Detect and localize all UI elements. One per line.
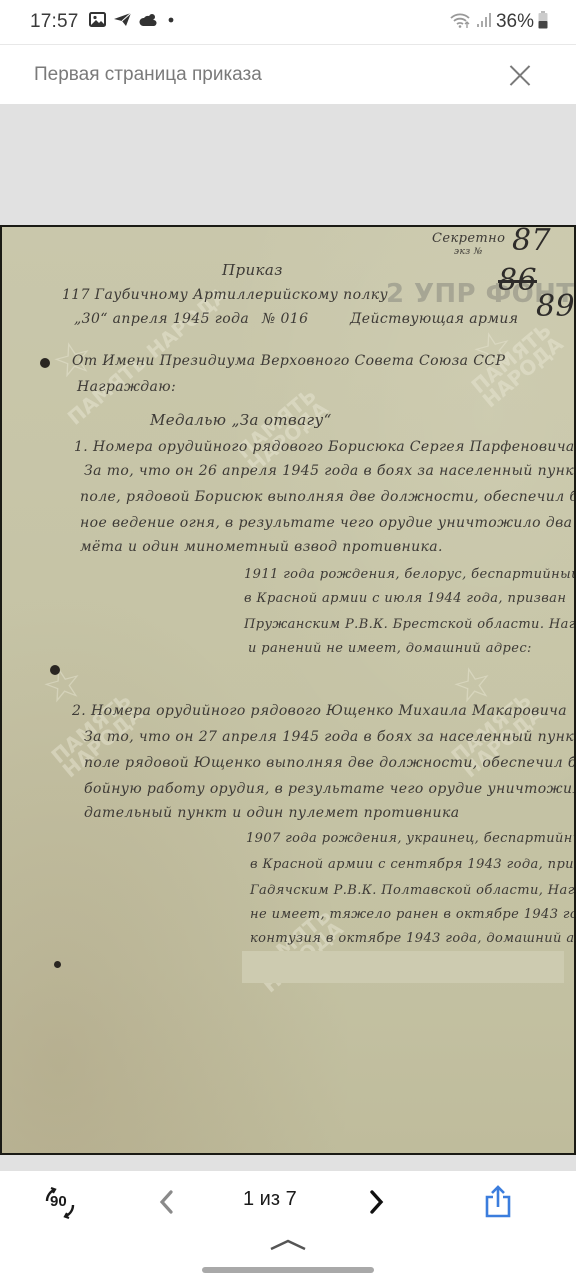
p2-bio-2: в Красной армии с сентября 1943 года, пр…	[250, 857, 576, 872]
gesture-handle[interactable]	[202, 1267, 374, 1273]
wifi-icon	[450, 12, 472, 33]
p1-line-4: ное ведение огня, в результате чего оруд…	[80, 515, 576, 531]
p2-bio-4: не имеет, тяжело ранен в октябре 1943 го…	[250, 907, 576, 922]
punch-hole	[50, 665, 60, 675]
p2-line-1: 2. Номера орудийного рядового Ющенко Мих…	[72, 703, 567, 719]
system-navigation-bar	[0, 1233, 576, 1280]
status-right: 36%	[450, 11, 548, 34]
cloud-weather-icon	[139, 13, 158, 32]
p1-line-3: поле, рядовой Борисюк выполняя две должн…	[80, 489, 576, 505]
p2-bio-3: Гадячским Р.В.К. Полтавской области, Наг…	[250, 883, 576, 898]
scanned-document-page[interactable]: ☆ ПАМЯТЬ НАРОДА ☆ ПАМЯТЬ НАРОДА ПАМЯТЬ Н…	[0, 225, 576, 1155]
p2-line-3: поле рядовой Ющенко выполняя две должнос…	[84, 755, 576, 771]
p2-line-4: бойную работу орудия, в результате чего …	[84, 781, 576, 797]
more-dot-icon	[165, 13, 177, 31]
preamble-line: От Имени Президиума Верховного Совета Со…	[72, 353, 505, 369]
copy-number-label: экз №	[454, 247, 483, 257]
close-icon[interactable]	[508, 63, 532, 87]
next-page-button[interactable]	[364, 1188, 388, 1216]
rotate-button[interactable]: 90	[40, 1183, 80, 1223]
previous-page-button[interactable]	[155, 1188, 179, 1216]
chevron-left-icon	[155, 1188, 179, 1216]
status-bar: 17:57 36%	[0, 0, 576, 44]
order-number: № 016	[262, 311, 308, 327]
redacted-address-block	[242, 951, 564, 983]
share-icon	[484, 1185, 512, 1219]
signal-icon	[476, 12, 492, 33]
army-line: Действующая армия	[350, 311, 518, 327]
p1-line-2: За то, что он 26 апреля 1945 года в боях…	[84, 463, 576, 479]
regiment-line: 117 Гаубичному Артиллерийскому полку	[62, 287, 388, 303]
chevron-up-icon	[268, 1237, 308, 1251]
gallery-icon	[89, 12, 106, 32]
order-date: „30“ апреля 1945 года	[74, 311, 249, 327]
page-indicator: 1 из 7	[243, 1188, 297, 1211]
pdf-viewer-screen: 17:57 36%	[0, 0, 576, 1280]
number-mark-89: 89	[536, 289, 575, 324]
telegram-icon	[113, 12, 132, 32]
share-button[interactable]	[484, 1185, 512, 1219]
bottom-toolbar: 90 1 из 7	[0, 1171, 576, 1233]
status-time: 17:57	[30, 11, 79, 33]
battery-icon	[538, 11, 548, 34]
order-title: Приказ	[222, 261, 283, 279]
p2-line-5: дательный пункт и один пулемет противник…	[84, 805, 459, 821]
p2-bio-5: контузия в октябре 1943 года, домашний а…	[250, 931, 576, 946]
p1-bio-2: в Красной армии с июля 1944 года, призва…	[244, 591, 566, 606]
p1-bio-3: Пружанским Р.В.К. Брестской области. Наг…	[244, 617, 576, 632]
award-line: Награждаю:	[77, 379, 176, 395]
p2-line-2: За то, что он 27 апреля 1945 года в боях…	[84, 729, 576, 745]
status-left: 17:57	[30, 11, 177, 33]
number-mark-87: 87	[512, 225, 551, 258]
battery-percent: 36%	[496, 11, 534, 33]
rotate-label: 90	[50, 1193, 67, 1210]
number-mark-86: 86	[498, 263, 537, 298]
viewer-header: Первая страница приказа	[0, 44, 576, 104]
document-viewer[interactable]: ☆ ПАМЯТЬ НАРОДА ☆ ПАМЯТЬ НАРОДА ПАМЯТЬ Н…	[0, 104, 576, 1171]
p1-line-1: 1. Номера орудийного рядового Борисюка С…	[74, 439, 575, 455]
punch-hole	[54, 961, 61, 968]
secret-stamp: Секретно	[432, 231, 505, 246]
medal-line: Медалью „За отвагу“	[150, 411, 332, 429]
p1-line-5: мёта и один минометный взвод противника.	[80, 539, 443, 555]
document-title: Первая страница приказа	[34, 64, 262, 86]
punch-hole	[40, 358, 50, 368]
p1-bio-1: 1911 года рождения, белорус, беспартийны…	[244, 567, 576, 582]
expand-button[interactable]	[268, 1237, 308, 1251]
chevron-right-icon	[364, 1188, 388, 1216]
p1-bio-4: и ранений не имеет, домашний адрес:	[248, 641, 532, 656]
p2-bio-1: 1907 года рождения, украинец, беспартийн…	[246, 831, 576, 846]
